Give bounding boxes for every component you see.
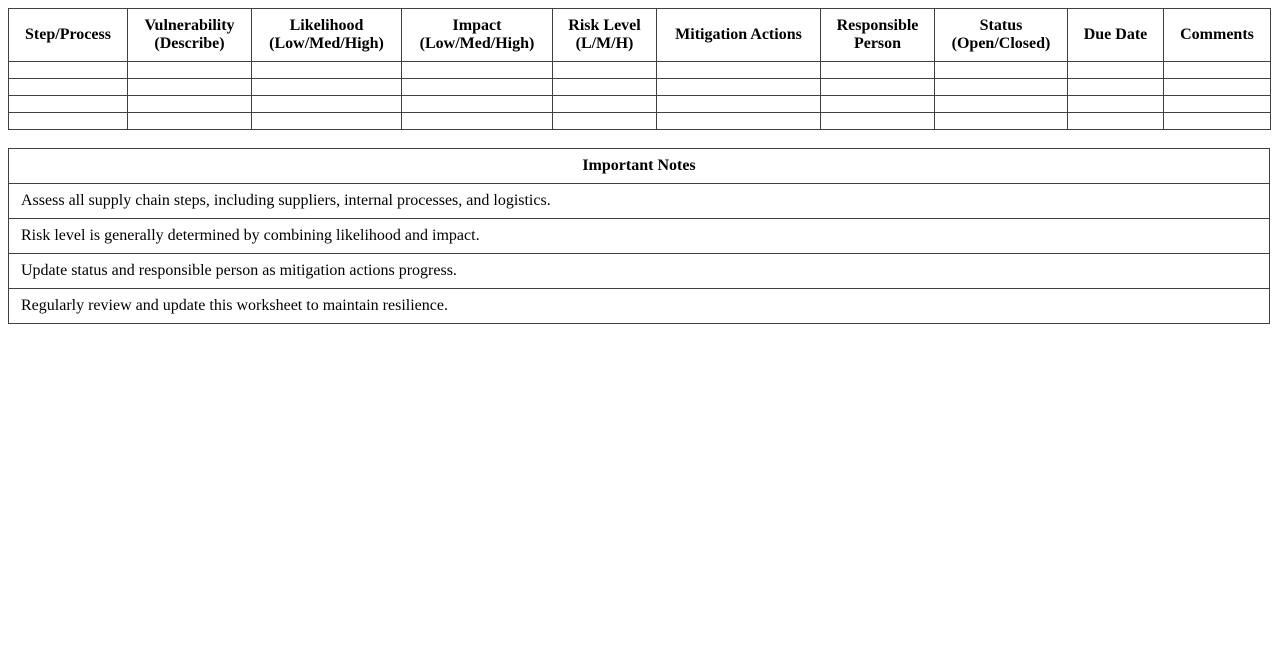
column-header-line: (Low/Med/High): [269, 35, 384, 52]
cell-risk-level[interactable]: [553, 62, 657, 79]
column-header-line: Step/Process: [25, 26, 111, 43]
column-header-line: Person: [854, 35, 901, 52]
note-text: Assess all supply chain steps, including…: [9, 184, 1270, 219]
column-header-line: Vulnerability: [144, 17, 234, 34]
cell-vulnerability[interactable]: [128, 113, 252, 130]
cell-status[interactable]: [935, 79, 1068, 96]
cell-comments[interactable]: [1164, 113, 1271, 130]
cell-comments[interactable]: [1164, 79, 1271, 96]
column-header-mitigation-actions: Mitigation Actions: [657, 9, 821, 62]
column-header-risk-level: Risk Level(L/M/H): [553, 9, 657, 62]
cell-risk-level[interactable]: [553, 96, 657, 113]
cell-comments[interactable]: [1164, 96, 1271, 113]
column-header-step-process: Step/Process: [9, 9, 128, 62]
column-header-vulnerability: Vulnerability(Describe): [128, 9, 252, 62]
cell-likelihood[interactable]: [252, 79, 402, 96]
column-header-line: Risk Level: [568, 17, 640, 34]
column-header-likelihood: Likelihood(Low/Med/High): [252, 9, 402, 62]
risk-assessment-table: Step/ProcessVulnerability(Describe)Likel…: [8, 8, 1271, 130]
cell-due-date[interactable]: [1068, 113, 1164, 130]
note-row: Risk level is generally determined by co…: [9, 219, 1270, 254]
column-header-line: Due Date: [1084, 26, 1148, 43]
cell-vulnerability[interactable]: [128, 79, 252, 96]
cell-impact[interactable]: [402, 96, 553, 113]
cell-impact[interactable]: [402, 62, 553, 79]
column-header-line: (Low/Med/High): [420, 35, 535, 52]
cell-step-process[interactable]: [9, 96, 128, 113]
notes-title: Important Notes: [9, 149, 1270, 184]
note-text: Risk level is generally determined by co…: [9, 219, 1270, 254]
column-header-line: (Open/Closed): [952, 35, 1051, 52]
cell-responsible-person[interactable]: [821, 62, 935, 79]
cell-responsible-person[interactable]: [821, 79, 935, 96]
cell-status[interactable]: [935, 113, 1068, 130]
column-header-responsible-person: ResponsiblePerson: [821, 9, 935, 62]
header-row: Step/ProcessVulnerability(Describe)Likel…: [9, 9, 1271, 62]
cell-likelihood[interactable]: [252, 113, 402, 130]
column-header-line: Impact: [453, 17, 502, 34]
note-text: Regularly review and update this workshe…: [9, 289, 1270, 324]
note-text: Update status and responsible person as …: [9, 254, 1270, 289]
column-header-status: Status(Open/Closed): [935, 9, 1068, 62]
cell-likelihood[interactable]: [252, 96, 402, 113]
column-header-comments: Comments: [1164, 9, 1271, 62]
table-row: [9, 113, 1271, 130]
cell-impact[interactable]: [402, 113, 553, 130]
column-header-line: Comments: [1180, 26, 1254, 43]
cell-mitigation-actions[interactable]: [657, 79, 821, 96]
cell-mitigation-actions[interactable]: [657, 113, 821, 130]
column-header-line: (L/M/H): [576, 35, 634, 52]
cell-due-date[interactable]: [1068, 96, 1164, 113]
worksheet: Step/ProcessVulnerability(Describe)Likel…: [8, 8, 1270, 324]
cell-responsible-person[interactable]: [821, 113, 935, 130]
cell-vulnerability[interactable]: [128, 62, 252, 79]
table-row: [9, 96, 1271, 113]
cell-due-date[interactable]: [1068, 62, 1164, 79]
table-row: [9, 79, 1271, 96]
column-header-line: Responsible: [837, 17, 919, 34]
cell-mitigation-actions[interactable]: [657, 96, 821, 113]
note-row: Update status and responsible person as …: [9, 254, 1270, 289]
column-header-line: (Describe): [154, 35, 224, 52]
column-header-impact: Impact(Low/Med/High): [402, 9, 553, 62]
cell-step-process[interactable]: [9, 62, 128, 79]
cell-comments[interactable]: [1164, 62, 1271, 79]
cell-status[interactable]: [935, 62, 1068, 79]
cell-impact[interactable]: [402, 79, 553, 96]
important-notes-table: Important Notes Assess all supply chain …: [8, 148, 1270, 324]
column-header-line: Likelihood: [290, 17, 364, 34]
cell-risk-level[interactable]: [553, 113, 657, 130]
note-row: Regularly review and update this workshe…: [9, 289, 1270, 324]
cell-likelihood[interactable]: [252, 62, 402, 79]
cell-status[interactable]: [935, 96, 1068, 113]
column-header-due-date: Due Date: [1068, 9, 1164, 62]
cell-step-process[interactable]: [9, 113, 128, 130]
table-row: [9, 62, 1271, 79]
note-row: Assess all supply chain steps, including…: [9, 184, 1270, 219]
column-header-line: Mitigation Actions: [675, 26, 802, 43]
cell-step-process[interactable]: [9, 79, 128, 96]
column-header-line: Status: [980, 17, 1023, 34]
cell-risk-level[interactable]: [553, 79, 657, 96]
cell-responsible-person[interactable]: [821, 96, 935, 113]
cell-mitigation-actions[interactable]: [657, 62, 821, 79]
cell-due-date[interactable]: [1068, 79, 1164, 96]
cell-vulnerability[interactable]: [128, 96, 252, 113]
